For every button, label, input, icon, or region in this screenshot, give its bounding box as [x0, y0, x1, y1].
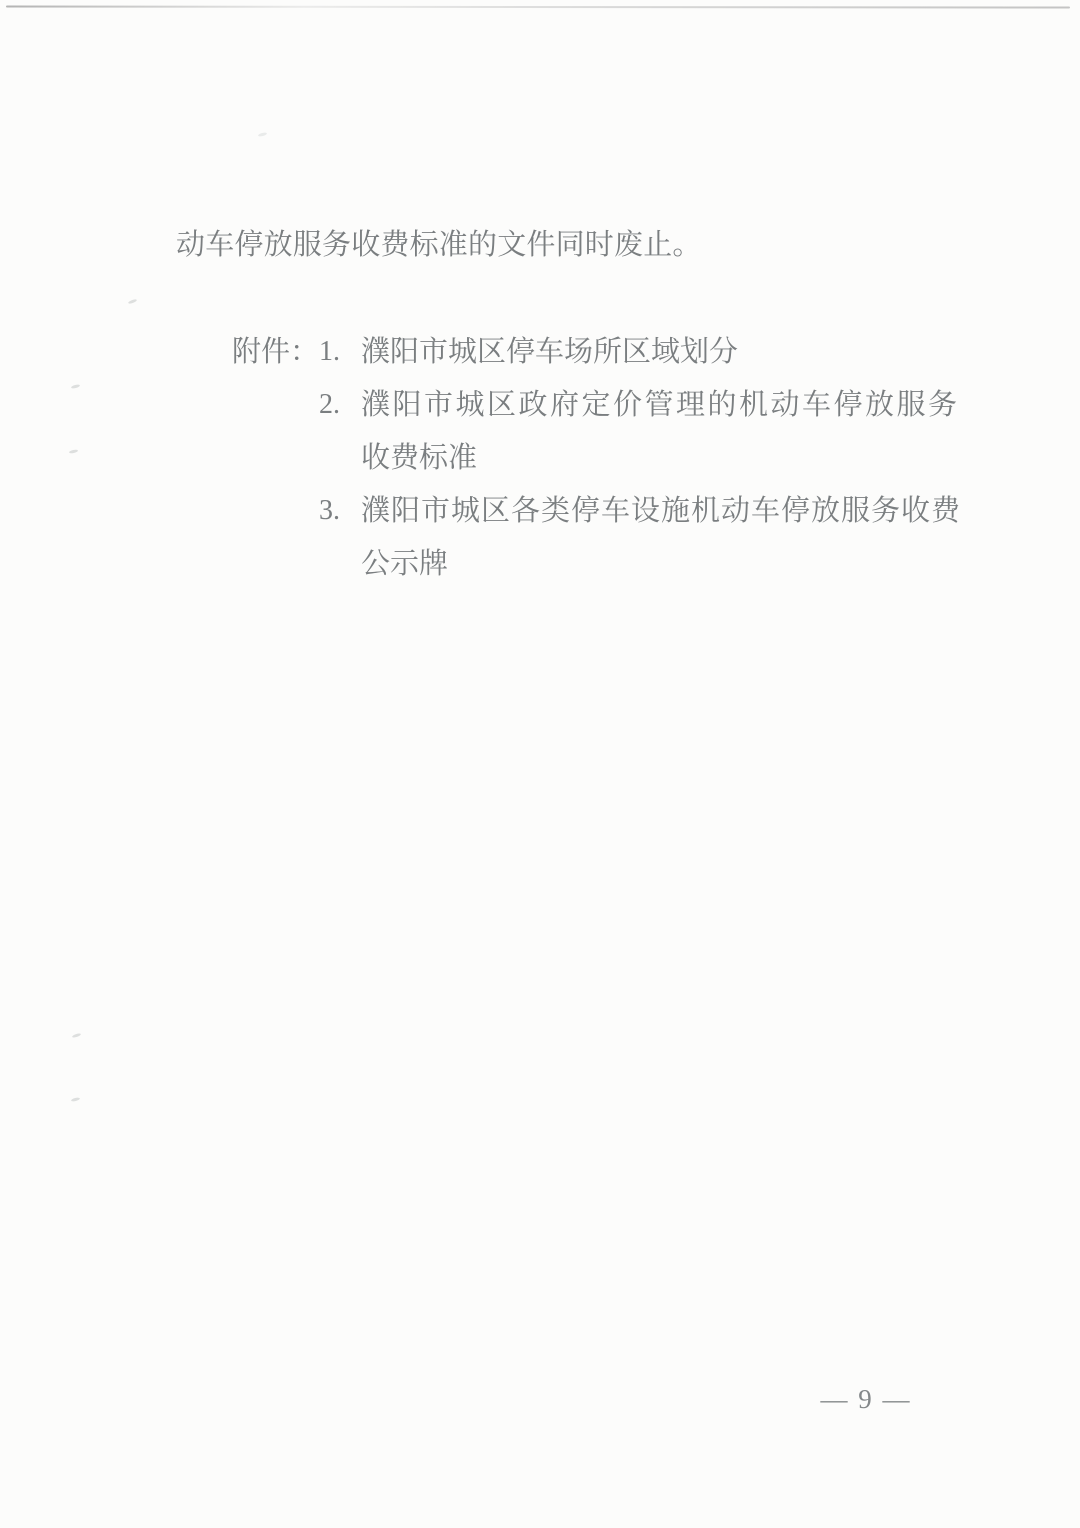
attachment-2-title-line-1: 濮阳市城区政府定价管理的机动车停放服务	[361, 387, 960, 423]
scan-speck	[71, 1097, 80, 1102]
scan-speck	[128, 299, 137, 305]
body-text-continuation: 动车停放服务收费标准的文件同时废止。	[176, 227, 702, 263]
attachment-1-number: 1.	[319, 334, 340, 370]
scan-speck	[258, 132, 267, 137]
scan-speck	[71, 384, 80, 389]
attachment-2-title-line-2: 收费标准	[361, 440, 477, 476]
scan-speck	[72, 1033, 81, 1039]
document-page: 动车停放服务收费标准的文件同时废止。 附件： 1. 濮阳市城区停车场所区域划分 …	[0, 0, 1080, 1528]
attachment-2-number: 2.	[319, 387, 340, 423]
attachment-1-title: 濮阳市城区停车场所区域划分	[361, 334, 738, 370]
page-number: — 9 —	[810, 1384, 922, 1415]
attachments-label: 附件：	[232, 334, 319, 370]
scan-edge-artifact	[6, 5, 1070, 8]
attachment-3-title-line-2: 公示牌	[361, 546, 448, 582]
attachment-3-number: 3.	[319, 493, 340, 529]
scan-speck	[69, 449, 78, 454]
attachment-3-title-line-1: 濮阳市城区各类停车设施机动车停放服务收费	[361, 493, 961, 529]
